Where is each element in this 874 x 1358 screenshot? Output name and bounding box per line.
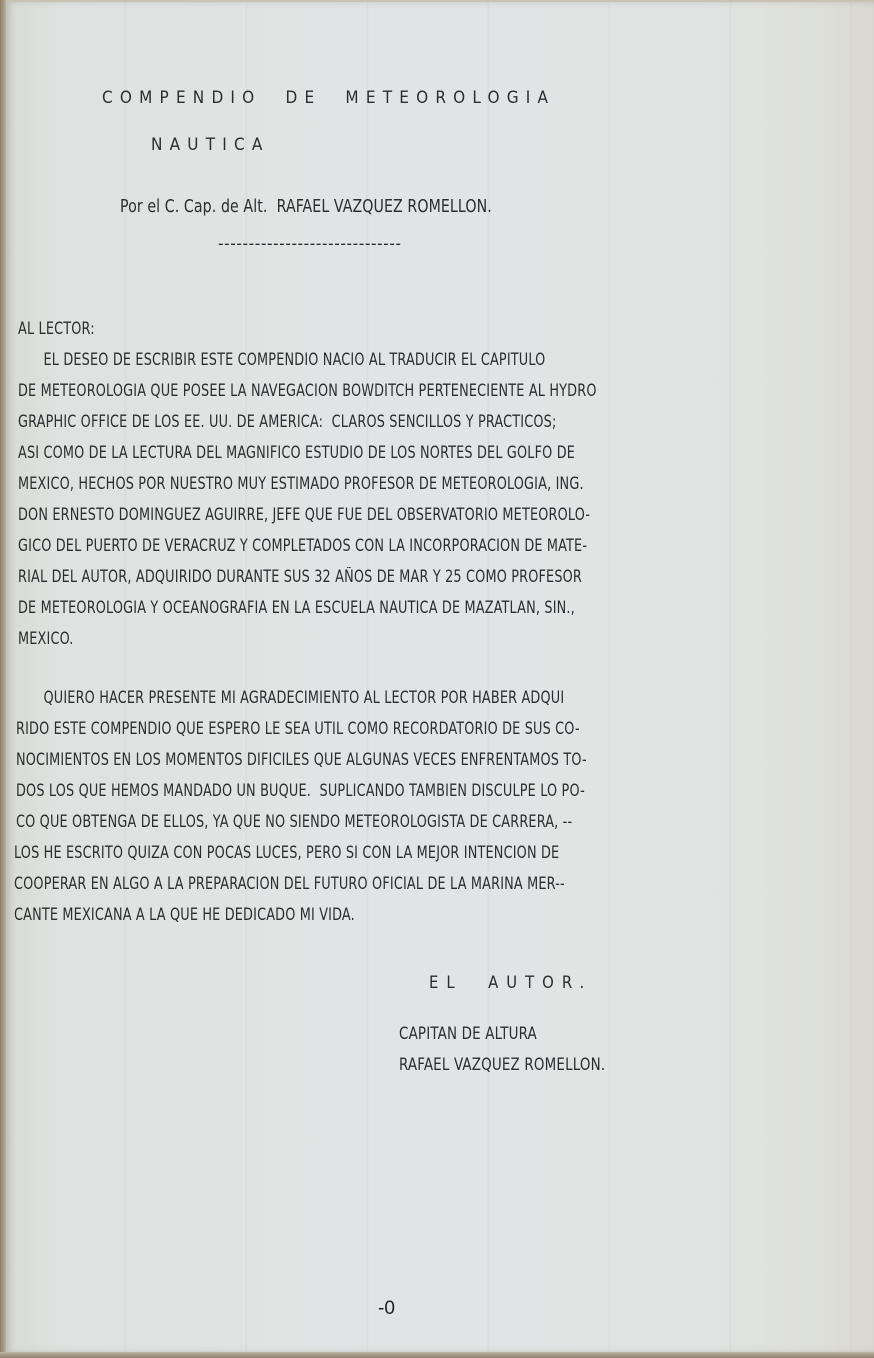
paragraph-line: GICO DEL PUERTO DE VERACRUZ Y COMPLETADO… <box>18 536 587 555</box>
salutation: AL LECTOR: <box>18 319 95 338</box>
paragraph-line: RIDO ESTE COMPENDIO QUE ESPERO LE SEA UT… <box>16 719 580 738</box>
paragraph-line: LOS HE ESCRITO QUIZA CON POCAS LUCES, PE… <box>14 843 559 862</box>
page-number: -0 <box>378 1298 395 1320</box>
author-byline: Por el C. Cap. de Alt. RAFAEL VAZQUEZ RO… <box>120 197 492 217</box>
page-bottom-edge <box>0 1352 874 1358</box>
paragraph-line: RIAL DEL AUTOR, ADQUIRIDO DURANTE SUS 32… <box>18 567 582 586</box>
paragraph-line: GRAPHIC OFFICE DE LOS EE. UU. DE AMERICA… <box>18 412 556 431</box>
paragraph-line: DE METEOROLOGIA Y OCEANOGRAFIA EN LA ESC… <box>18 598 575 617</box>
paragraph-line: ASI COMO DE LA LECTURA DEL MAGNIFICO EST… <box>18 443 575 462</box>
paragraph-line: EL DESEO DE ESCRIBIR ESTE COMPENDIO NACI… <box>18 350 545 369</box>
signature-label: EL AUTOR. <box>429 973 592 992</box>
paragraph-line: CO QUE OBTENGA DE ELLOS, YA QUE NO SIEND… <box>16 812 572 831</box>
signature-name: RAFAEL VAZQUEZ ROMELLON. <box>399 1055 605 1074</box>
document-subtitle: NAUTICA <box>151 135 269 155</box>
paragraph-line: MEXICO. <box>18 629 74 648</box>
signature-rank: CAPITAN DE ALTURA <box>399 1024 537 1043</box>
paragraph-line: COOPERAR EN ALGO A LA PREPARACION DEL FU… <box>14 874 565 893</box>
document-title: COMPENDIO DE METEOROLOGIA <box>102 88 555 108</box>
paragraph-line: CANTE MEXICANA A LA QUE HE DEDICADO MI V… <box>14 905 355 924</box>
paragraph-line: DE METEOROLOGIA QUE POSEE LA NAVEGACION … <box>18 381 597 400</box>
document-page: COMPENDIO DE METEOROLOGIA NAUTICA Por el… <box>6 2 874 1352</box>
header-separator: ------------------------------ <box>218 234 402 254</box>
paragraph-line: DOS LOS QUE HEMOS MANDADO UN BUQUE. SUPL… <box>16 781 585 800</box>
paragraph-line: NOCIMIENTOS EN LOS MOMENTOS DIFICILES QU… <box>16 750 587 769</box>
paragraph-line: MEXICO, HECHOS POR NUESTRO MUY ESTIMADO … <box>18 474 584 493</box>
paragraph-line: QUIERO HACER PRESENTE MI AGRADECIMIENTO … <box>18 688 564 707</box>
paragraph-line: DON ERNESTO DOMINGUEZ AGUIRRE, JEFE QUE … <box>18 505 590 524</box>
